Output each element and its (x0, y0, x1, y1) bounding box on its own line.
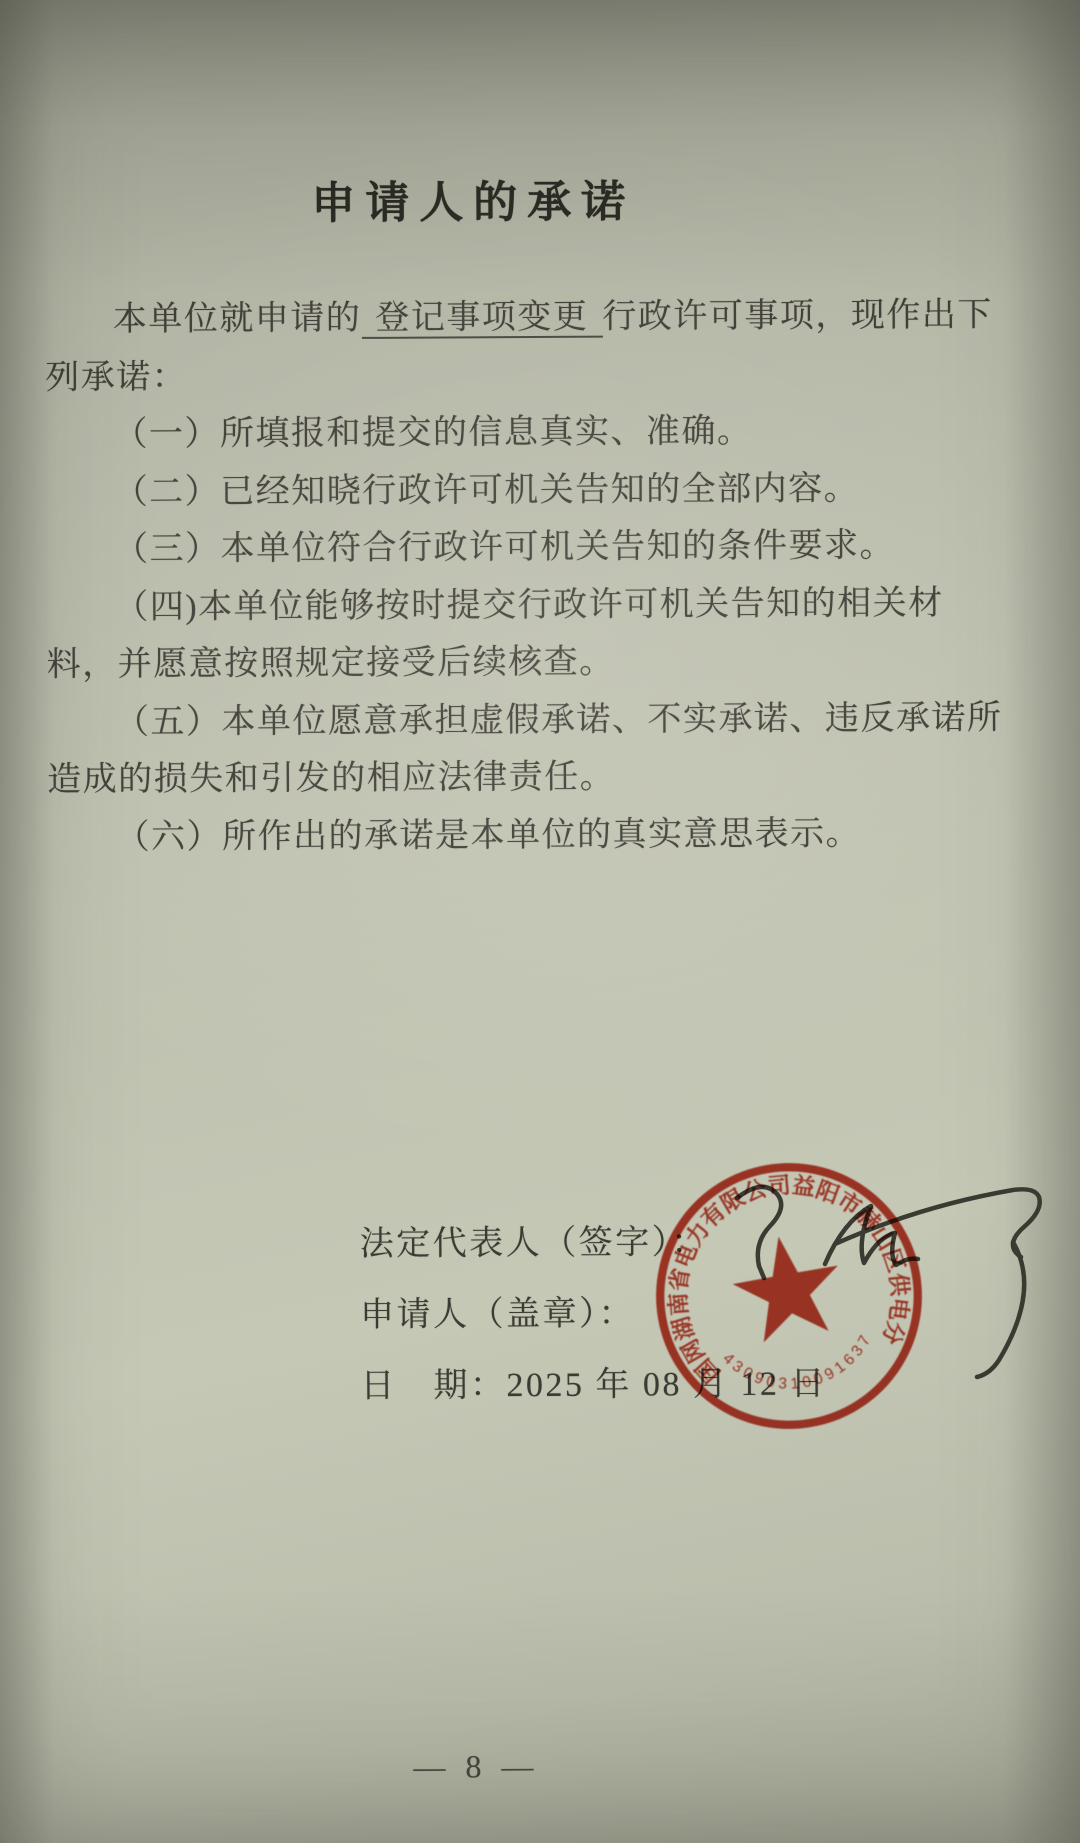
document-photo: 申请人的承诺 本单位就申请的登记事项变更行政许可事项，现作出下列承诺： （一）所… (0, 0, 1080, 1843)
intro-lead: 本单位就申请的 (113, 300, 362, 338)
commitment-item-1: （一）所填报和提交的信息真实、准确。 (45, 402, 1007, 465)
filled-blank-permit-type: 登记事项变更 (361, 299, 602, 339)
handwritten-signature (675, 1146, 1075, 1418)
commitment-item-4: （四)本单位能够按时提交行政许可机关告知的相关材料，并愿意按照规定接受后续核查。 (46, 574, 1009, 694)
signature-stroke (977, 1242, 1024, 1377)
date-label: 日 期： (360, 1367, 506, 1405)
document-body: 本单位就申请的登记事项变更行政许可事项，现作出下列承诺： （一）所填报和提交的信… (45, 287, 1010, 867)
commitment-item-2: （二）已经知晓行政许可机关告知的全部内容。 (46, 459, 1008, 522)
page-number: — 8 — (4, 1746, 948, 1788)
intro-paragraph: 本单位就申请的登记事项变更行政许可事项，现作出下列承诺： (45, 287, 1008, 407)
page-title: 申请人的承诺 (0, 164, 950, 233)
commitment-item-3: （三）本单位符合行政许可机关告知的条件要求。 (46, 517, 1008, 580)
commitment-item-5: （五）本单位愿意承担虚假承诺、不实承诺、违反承诺所造成的损失和引发的相应法律责任… (47, 689, 1010, 809)
document-page: 申请人的承诺 本单位就申请的登记事项变更行政许可事项，现作出下列承诺： （一）所… (0, 0, 1080, 1843)
commitment-item-6: （六）所作出的承诺是本单位的真实意思表示。 (47, 804, 1009, 867)
signature-stroke (737, 1187, 781, 1278)
